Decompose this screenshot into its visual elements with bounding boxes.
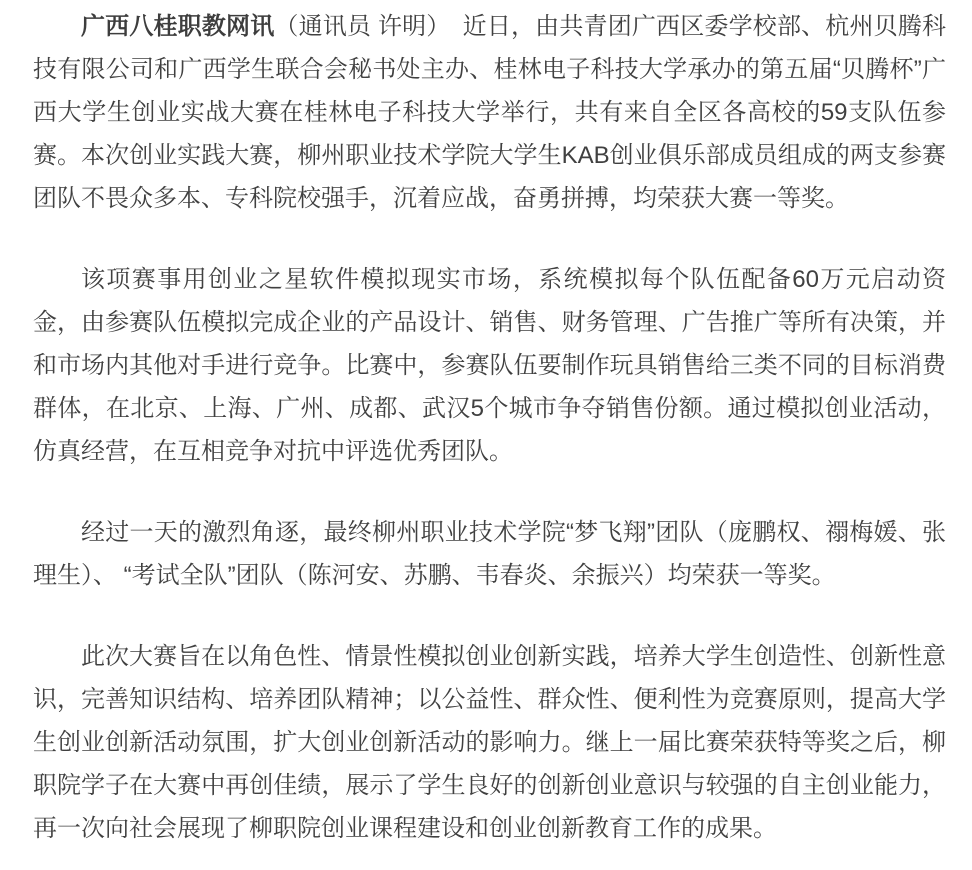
paragraph-winners: 经过一天的激烈角逐，最终柳州职业技术学院“梦飞翔”团队（庞鹏权、禤梅媛、张理生）… — [33, 511, 946, 597]
paragraph-competition-rules: 该项赛事用创业之星软件模拟现实市场，系统模拟每个队伍配备60万元启动资金，由参赛… — [33, 258, 946, 473]
article-body: 广西八桂职教网讯（通讯员 许明） 近日，由共青团广西区委学校部、杭州贝腾科技有限… — [33, 5, 946, 850]
article-page: 广西八桂职教网讯（通讯员 许明） 近日，由共青团广西区委学校部、杭州贝腾科技有限… — [0, 0, 972, 870]
news-source-label: 广西八桂职教网讯 — [81, 13, 274, 40]
paragraph-intro-text: （通讯员 许明） 近日，由共青团广西区委学校部、杭州贝腾科技有限公司和广西学生联… — [33, 13, 946, 212]
paragraph-significance: 此次大赛旨在以角色性、情景性模拟创业创新实践，培养大学生创造性、创新性意识，完善… — [33, 635, 946, 850]
paragraph-intro: 广西八桂职教网讯（通讯员 许明） 近日，由共青团广西区委学校部、杭州贝腾科技有限… — [33, 5, 946, 220]
